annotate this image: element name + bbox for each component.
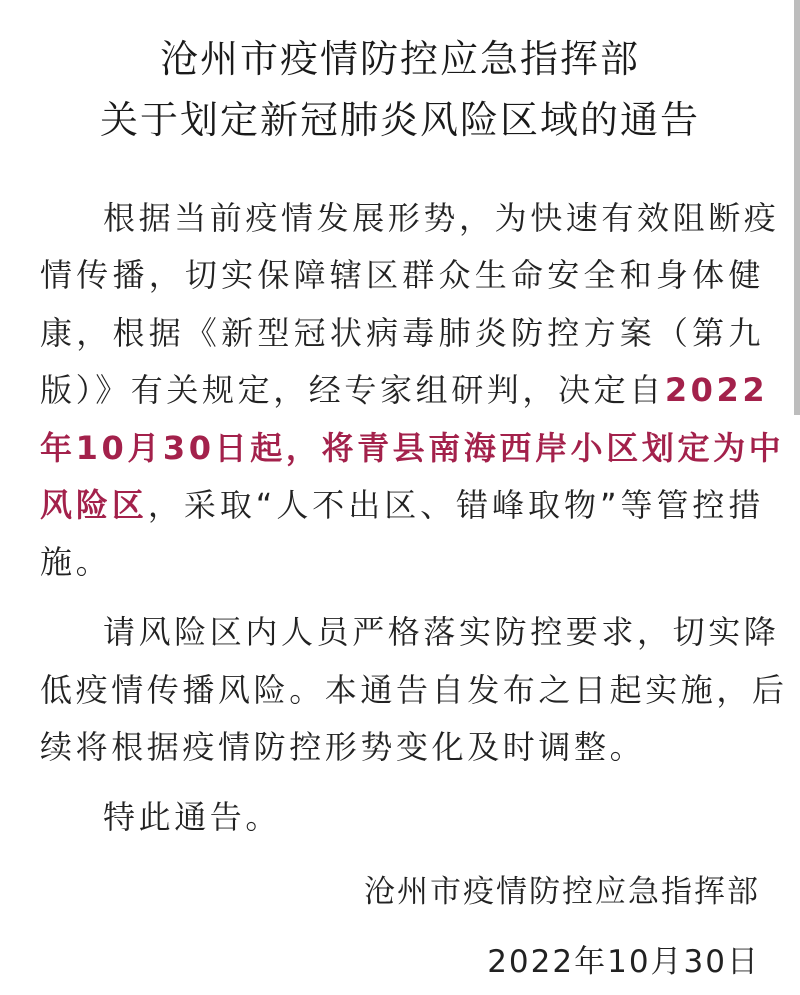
notice-title-issuer: 沧州市疫情防控应急指挥部 <box>0 28 800 83</box>
highlight-year: 2022 <box>665 371 768 409</box>
paragraph-1-line-7: 施。 <box>40 542 764 582</box>
signature-issuer: 沧州市疫情防控应急指挥部 <box>364 866 760 911</box>
paragraph-2-line-1: 请风险区内人员严格落实防控要求，切实降 <box>103 612 764 652</box>
paragraph-1-line-2: 情传播，切实保障辖区群众生命安全和身体健 <box>40 255 764 295</box>
paragraph-1-line-5-highlight: 年10月30日起，将青县南海西岸小区划定为中 <box>40 428 764 468</box>
paragraph-2-line-2: 低疫情传播风险。本通告自发布之日起实施，后 <box>40 670 764 710</box>
paragraph-1-line-4: 版）》有关规定，经专家组研判，决定自2022 <box>40 370 764 410</box>
vertical-scrollbar[interactable] <box>794 0 800 995</box>
paragraph-1-line-3: 康，根据《新型冠状病毒肺炎防控方案（第九 <box>40 313 764 353</box>
scrollbar-thumb[interactable] <box>794 0 800 415</box>
paragraph-1-line-6: 风险区，采取“人不出区、错峰取物”等管控措 <box>40 485 764 525</box>
paragraph-2-line-3: 续将根据疫情防控形势变化及时调整。 <box>40 727 764 767</box>
line-4-text: 版）》有关规定，经专家组研判，决定自 <box>40 371 665 409</box>
signature-date: 2022年10月30日 <box>487 936 760 981</box>
notice-title-subject: 关于划定新冠肺炎风险区域的通告 <box>0 89 800 144</box>
paragraph-1-line-1: 根据当前疫情发展形势，为快速有效阻断疫 <box>103 198 764 238</box>
highlight-risk-level: 风险区 <box>40 486 148 524</box>
line-6-text: ，采取“人不出区、错峰取物”等管控措 <box>148 486 764 524</box>
closing-statement: 特此通告。 <box>103 797 764 837</box>
